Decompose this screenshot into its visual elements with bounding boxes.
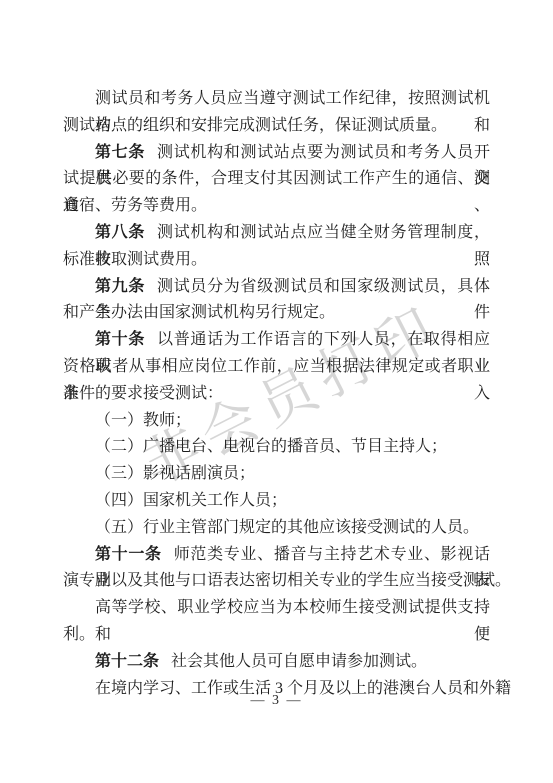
text-line: 高等学校、职业学校应当为本校师生接受测试提供支持和便: [63, 595, 490, 622]
article-number: 第十一条: [95, 546, 162, 563]
text-line: 测试站点的组织和安排完成测试任务，保证测试质量。: [63, 113, 490, 140]
article-number: 第十条: [95, 331, 145, 348]
article-number: 第八条: [95, 224, 145, 241]
text-line: （二）广播电台、电视台的播音员、节目主持人；: [63, 434, 490, 461]
text-line: （三）影视话剧演员；: [63, 461, 490, 488]
article-number: 第十二条: [95, 653, 159, 670]
text-line: （五）行业主管部门规定的其他应该接受测试的人员。: [63, 515, 490, 542]
text-line: 第八条测试机构和测试站点应当健全财务管理制度，按照: [63, 220, 490, 247]
document-page: 非会员打印 测试员和考务人员应当遵守测试工作纪律，按照测试机构和测试站点的组织和…: [0, 0, 553, 783]
article-text: 社会其他人员可自愿申请参加测试。: [171, 653, 427, 670]
text-line: 试提供必要的条件，合理支付其因测试工作产生的通信、交通、: [63, 166, 490, 193]
text-line: 资格或者从事相应岗位工作前，应当根据法律规定或者职业准入: [63, 354, 490, 381]
article-number: 第九条: [95, 278, 145, 295]
text-line: 第十条以普通话为工作语言的下列人员，在取得相应职业: [63, 327, 490, 354]
page-number: — 3 —: [63, 693, 490, 709]
text-line: 第十一条师范类专业、播音与主持艺术专业、影视话剧表: [63, 542, 490, 569]
text-line: 测试员和考务人员应当遵守测试工作纪律，按照测试机构和: [63, 86, 490, 113]
text-line: （一）教师；: [63, 408, 490, 435]
text-line: 第九条测试员分为省级测试员和国家级测试员，具体条件: [63, 274, 490, 301]
text-line: 第十二条社会其他人员可自愿申请参加测试。: [63, 649, 490, 676]
article-number: 第七条: [95, 144, 145, 161]
text-line: 演专业以及其他与口语表达密切相关专业的学生应当接受测试。: [63, 568, 490, 595]
text-line: 第七条测试机构和测试站点要为测试员和考务人员开展测: [63, 140, 490, 167]
text-line: （四）国家机关工作人员；: [63, 488, 490, 515]
document-body: 测试员和考务人员应当遵守测试工作纪律，按照测试机构和测试站点的组织和安排完成测试…: [63, 86, 490, 702]
